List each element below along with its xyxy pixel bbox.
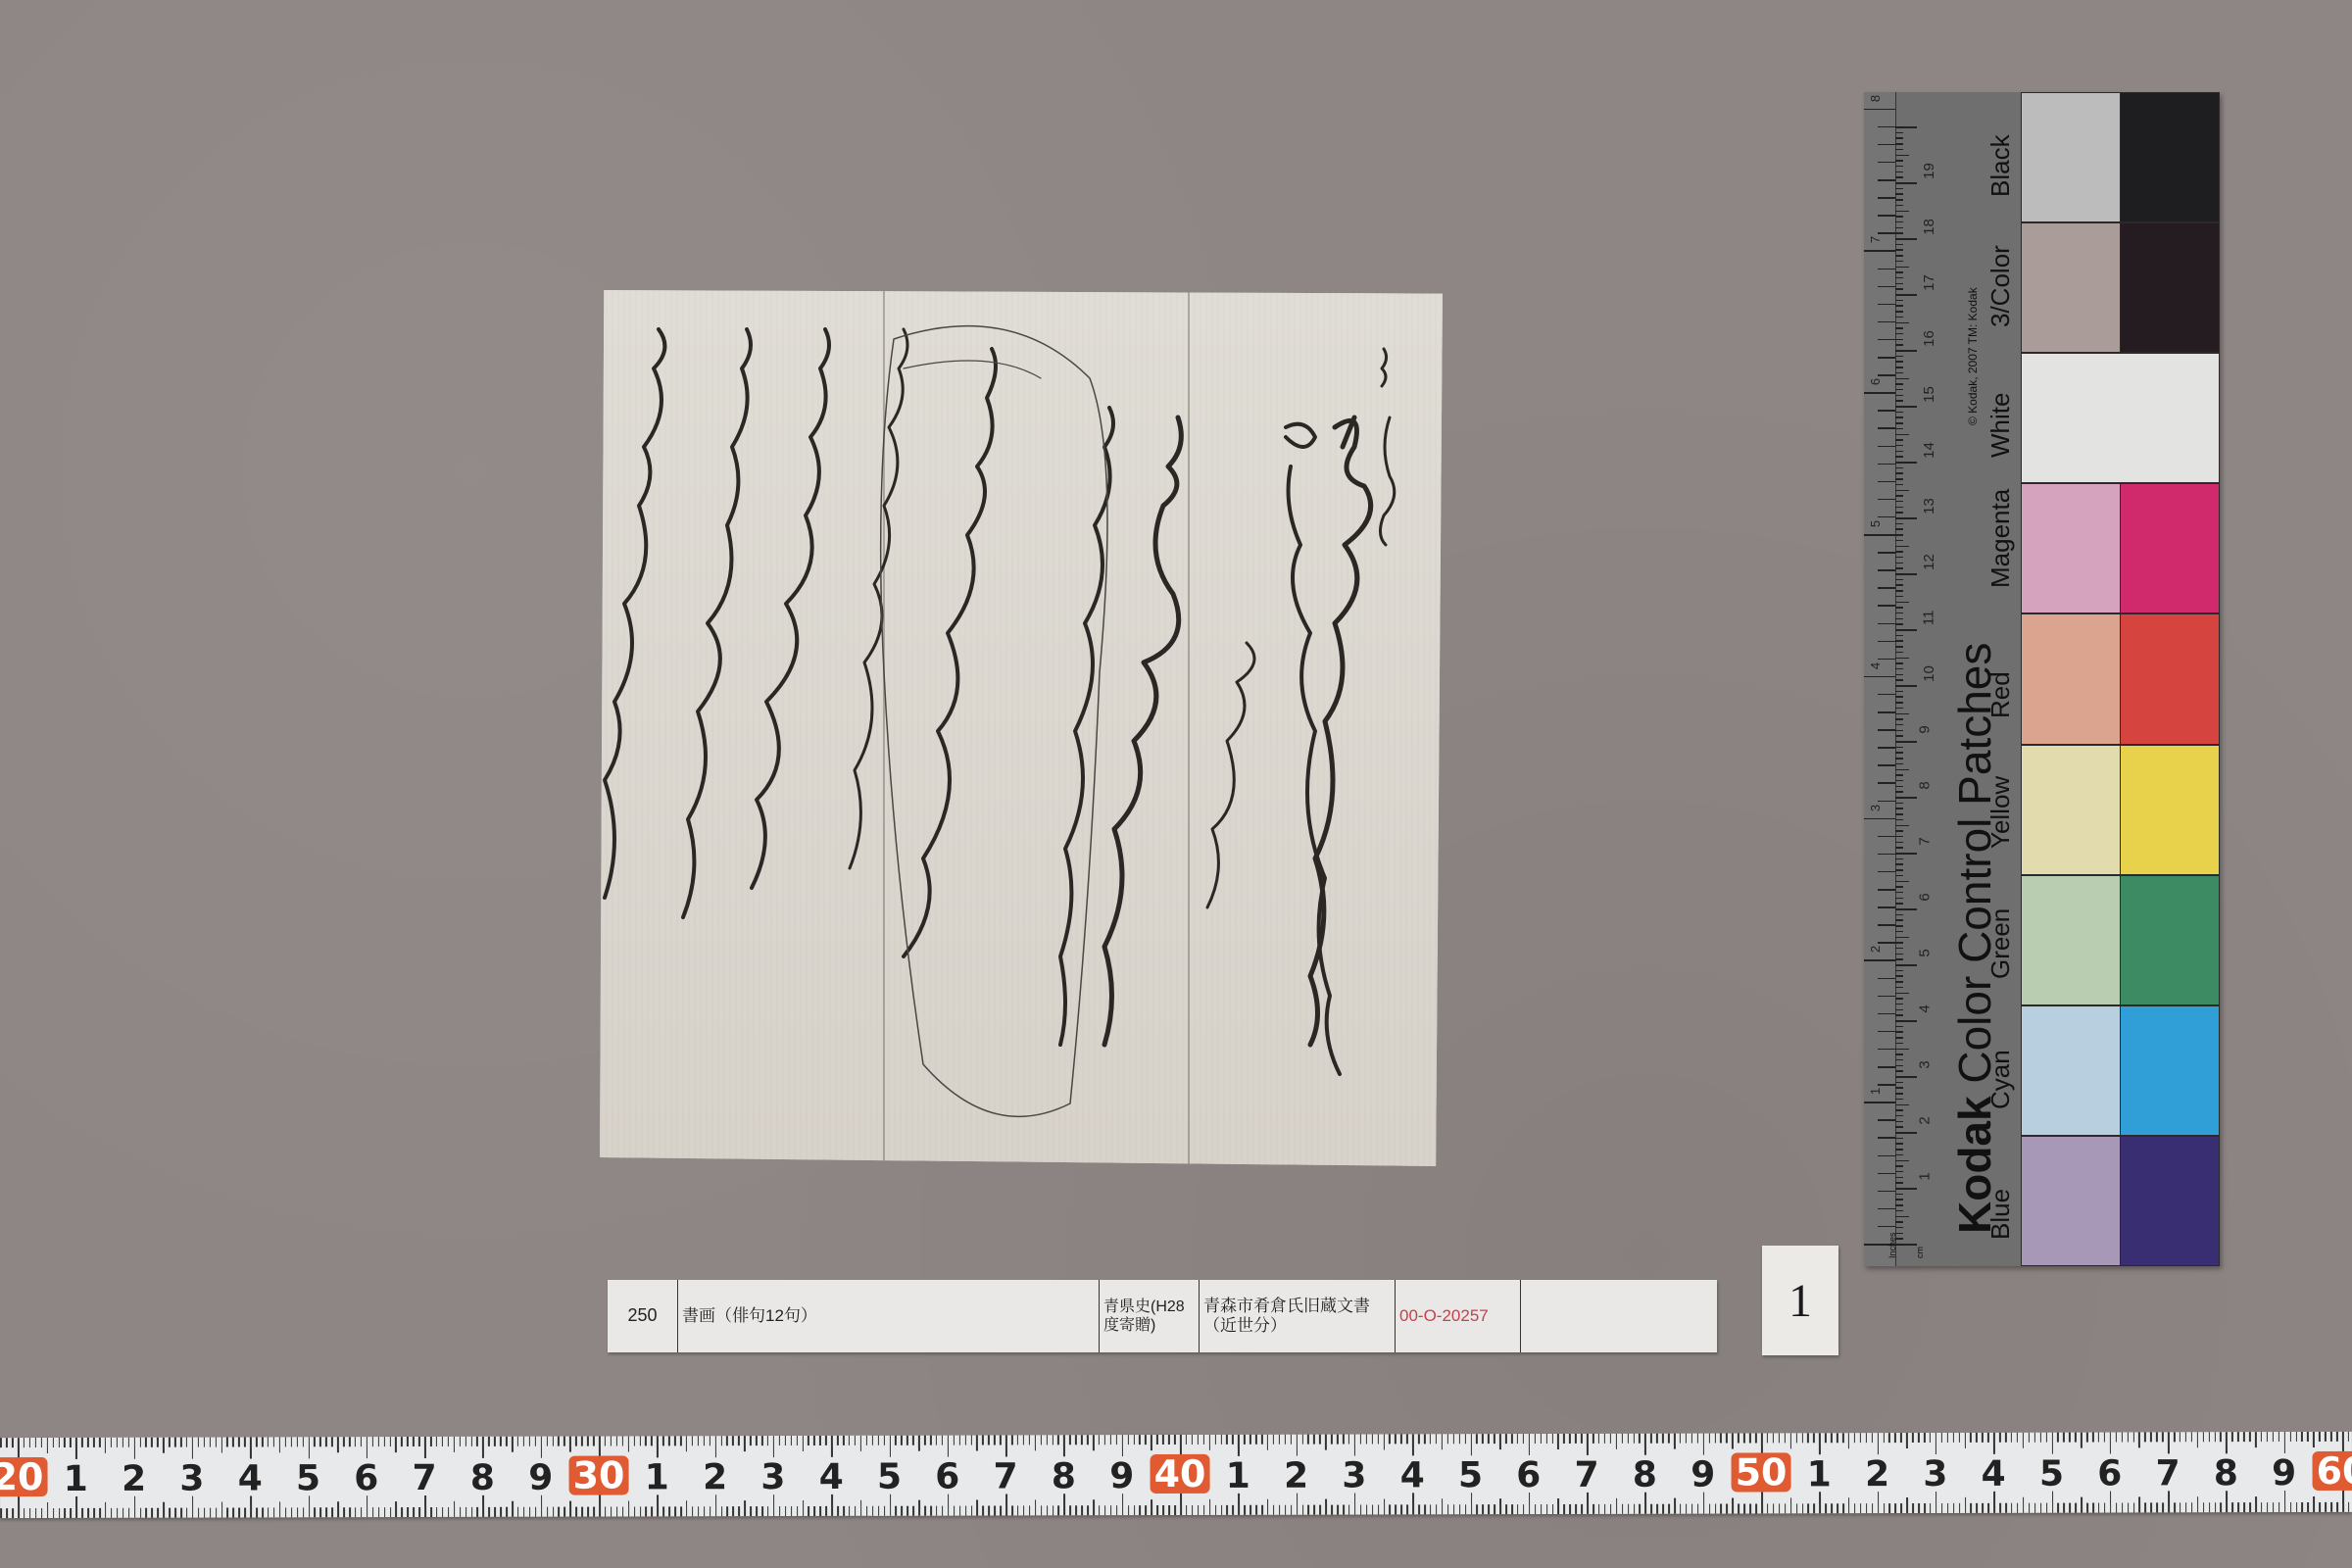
patch-cyan-dark [2120,1005,2220,1136]
patch-black-dark [2120,92,2220,222]
patch-label: Yellow [1985,776,2016,849]
item-id: 00-O-20257 [1396,1280,1521,1352]
tape-decimeter-label: 30 [569,1455,629,1494]
calligraphy-ink [600,290,1443,1166]
patch-label: Green [1985,908,2016,979]
patch-yellow-dark [2120,745,2220,875]
tape-decimeter-label: 50 [1731,1452,1790,1492]
patch-yellow-light [2021,745,2121,875]
patch-cyan-light [2021,1005,2121,1136]
tape-cm-label: 9 [2272,1453,2296,1494]
tape-cm-label: 6 [935,1457,959,1497]
tape-cm-label: 5 [1458,1455,1483,1495]
cm-label: cm [1915,1247,1925,1258]
patch-blue-dark [2120,1136,2220,1266]
tape-cm-label: 8 [1052,1456,1076,1496]
tape-cm-label: 5 [2039,1454,2064,1494]
patch-blue-light [2021,1136,2121,1266]
inches-label: Inches [1887,1232,1897,1258]
tape-cm-label: 4 [1400,1455,1425,1495]
tape-cm-label: 1 [64,1459,88,1499]
tape-cm-label: 6 [2097,1453,2122,1494]
tape-cm-label: 4 [819,1457,844,1497]
tape-cm-label: 7 [1575,1455,1599,1495]
tape-cm-label: 5 [296,1458,320,1498]
patch-red-light [2021,613,2121,744]
tape-cm-label: 6 [354,1458,378,1498]
tape-decimeter-label: 60 [2312,1451,2352,1491]
tape-cm-label: 8 [470,1458,495,1498]
tape-cm-label: 3 [1342,1455,1366,1495]
item-number: 250 [608,1280,678,1352]
patch-label: 3/Color [1985,245,2016,327]
tape-cm-label: 6 [1516,1455,1541,1495]
measuring-tape: 2012345678930123456789401234567895012345… [0,1432,2352,1518]
tape-cm-label: 7 [2156,1453,2180,1494]
tape-cm-label: 9 [1690,1455,1715,1495]
patch-label: Blue [1985,1189,2016,1240]
tape-cm-label: 7 [994,1456,1018,1496]
tape-cm-label: 2 [1865,1454,1889,1494]
item-blank-cell [1521,1280,1717,1352]
tape-cm-label: 4 [1982,1454,2006,1494]
patch-white [2021,353,2220,483]
tape-cm-label: 2 [703,1457,727,1497]
kodak-color-card: 1234567891011121314151617181912345678 Ko… [1864,92,2220,1266]
tape-ticks [0,1432,2352,1438]
tape-cm-label: 3 [1923,1454,1947,1494]
tape-decimeter-label: 20 [0,1457,47,1496]
catalog-label: 250 書画（俳句12句） 青県史(H28度寄贈) 青森市肴倉氏旧蔵文書（近世分… [608,1280,1717,1352]
patch-green-dark [2120,875,2220,1005]
tape-cm-label: 8 [2214,1453,2238,1494]
patch-red-dark [2120,613,2220,744]
item-source: 青県史(H28度寄贈) [1100,1280,1200,1352]
tape-cm-label: 5 [877,1457,902,1497]
tape-cm-label: 9 [528,1458,553,1498]
item-title: 書画（俳句12句） [678,1280,1100,1352]
tape-decimeter-label: 40 [1150,1454,1209,1494]
patch-label: Cyan [1985,1051,2016,1110]
tape-cm-label: 1 [1807,1454,1832,1494]
sequence-number-card: 1 [1762,1246,1838,1355]
item-collection: 青森市肴倉氏旧蔵文書（近世分） [1200,1280,1396,1352]
tape-cm-label: 7 [413,1458,437,1498]
patch-3-color-dark [2120,222,2220,353]
kodak-ruler: 1234567891011121314151617181912345678 Ko… [1864,92,2021,1266]
patch-label: White [1985,392,2016,457]
patch-magenta-light [2021,483,2121,613]
color-patches [2021,92,2220,1266]
patch-label: Red [1985,671,2016,718]
tape-cm-label: 4 [238,1458,263,1498]
patch-black-light [2021,92,2121,222]
tape-cm-label: 1 [645,1457,669,1497]
patch-label: Magenta [1985,489,2016,588]
tape-cm-label: 9 [1109,1456,1134,1496]
tape-cm-label: 8 [1633,1455,1657,1495]
tape-cm-label: 3 [179,1459,204,1499]
tape-cm-label: 2 [122,1459,146,1499]
kodak-copyright: © Kodak, 2007 TM: Kodak [1966,287,1980,425]
tape-cm-label: 1 [1226,1456,1250,1496]
patch-3-color-light [2021,222,2121,353]
tape-cm-label: 2 [1284,1456,1308,1496]
tape-cm-label: 3 [760,1457,785,1497]
patch-green-light [2021,875,2121,1005]
patch-magenta-dark [2120,483,2220,613]
patch-label: Black [1985,134,2016,197]
haiku-manuscript [600,290,1443,1166]
